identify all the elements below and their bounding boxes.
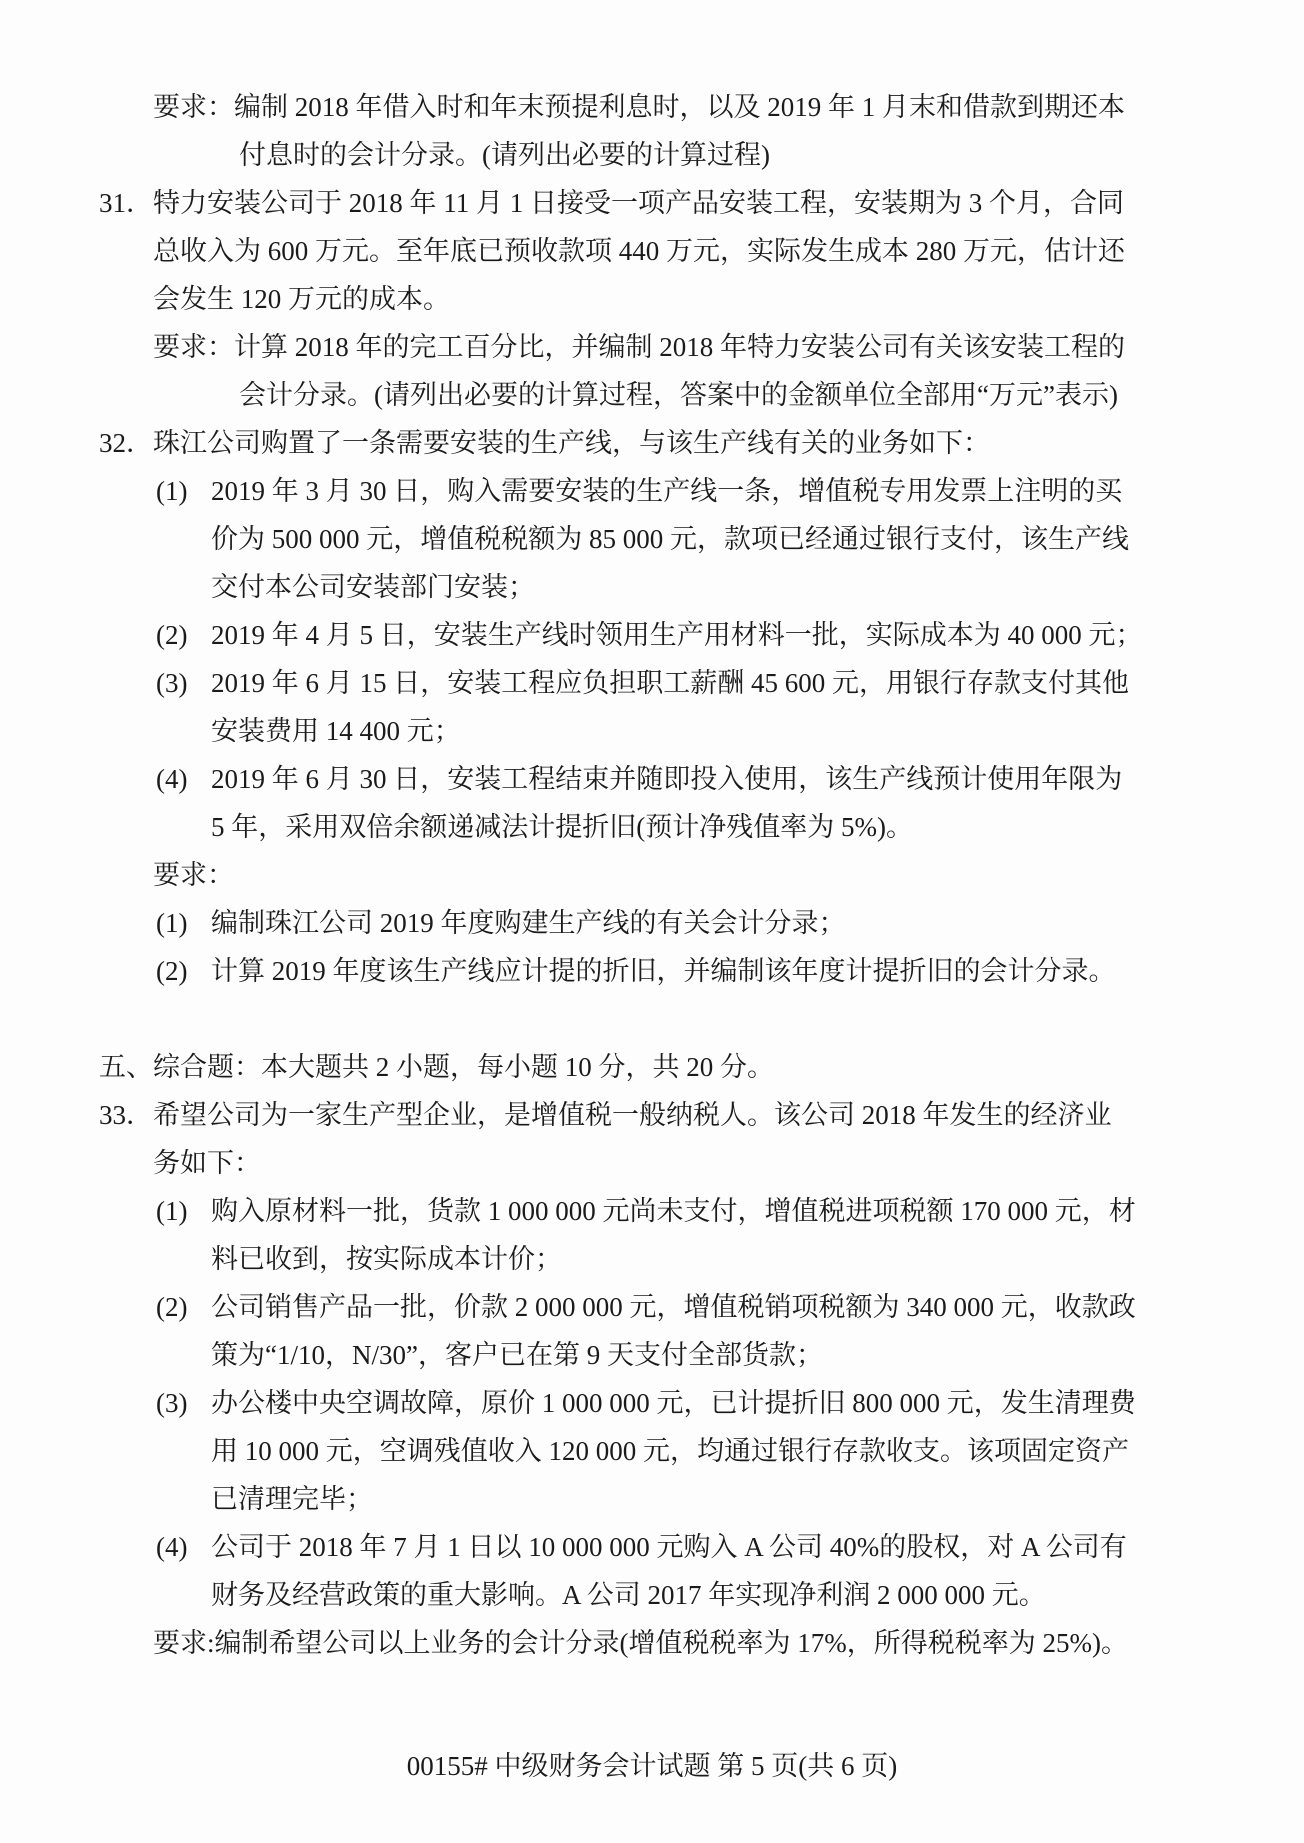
document-line: 要求:编制希望公司以上业务的会计分录(增值税税率为 17%，所得税税率为 25%… — [153, 1626, 1128, 1660]
document-line: (4)公司于 2018 年 7 月 1 日以 10 000 000 元购入 A … — [156, 1530, 1127, 1564]
document-line: (2)计算 2019 年度该生产线应计提的折旧，并编制该年度计提折旧的会计分录。 — [156, 954, 1116, 988]
line-text: 2019 年 6 月 30 日，安装工程结束并随即投入使用，该生产线预计使用年限… — [211, 764, 1122, 794]
line-text: 综合题：本大题共 2 小题，每小题 10 分，共 20 分。 — [153, 1052, 774, 1082]
document-line: (3)2019 年 6 月 15 日，安装工程应负担职工薪酬 45 600 元，… — [156, 666, 1129, 700]
line-text: 5 年，采用双倍余额递减法计提折旧(预计净残值率为 5%)。 — [211, 812, 913, 842]
item-number: 五、 — [99, 1050, 153, 1084]
line-text: 已清理完毕； — [211, 1484, 373, 1514]
line-text: 付息时的会计分录。(请列出必要的计算过程) — [239, 140, 770, 170]
document-line: 策为“1/10，N/30”，客户已在第 9 天支付全部货款； — [211, 1338, 823, 1372]
sub-item-number: (4) — [156, 1530, 211, 1564]
document-line: (3)办公楼中央空调故障，原价 1 000 000 元，已计提折旧 800 00… — [156, 1386, 1136, 1420]
document-line: (1)购入原材料一批，货款 1 000 000 元尚未支付，增值税进项税额 17… — [156, 1194, 1136, 1228]
document-line: (4)2019 年 6 月 30 日，安装工程结束并随即投入使用，该生产线预计使… — [156, 762, 1122, 796]
document-line: 33．希望公司为一家生产型企业，是增值税一般纳税人。该公司 2018 年发生的经… — [99, 1098, 1112, 1132]
line-text: 财务及经营政策的重大影响。A 公司 2017 年实现净利润 2 000 000 … — [211, 1580, 1046, 1610]
page-footer: 00155# 中级财务会计试题 第 5 页(共 6 页) — [0, 1749, 1304, 1783]
document-line: 要求： — [153, 858, 234, 892]
sub-item-number: (3) — [156, 1386, 211, 1420]
sub-item-number: (4) — [156, 762, 211, 796]
document-line: 32．珠江公司购置了一条需要安装的生产线，与该生产线有关的业务如下： — [99, 426, 990, 460]
document-line: 价为 500 000 元，增值税税额为 85 000 元，款项已经通过银行支付，… — [211, 522, 1129, 556]
line-text: 总收入为 600 万元。至年底已预收款项 440 万元，实际发生成本 280 万… — [153, 236, 1125, 266]
sub-item-number: (1) — [156, 906, 211, 940]
document-line: 总收入为 600 万元。至年底已预收款项 440 万元，实际发生成本 280 万… — [153, 234, 1125, 268]
line-text: 计算 2019 年度该生产线应计提的折旧，并编制该年度计提折旧的会计分录。 — [211, 956, 1116, 986]
line-text: 会计分录。(请列出必要的计算过程，答案中的金额单位全部用“万元”表示) — [239, 380, 1118, 410]
sub-item-number: (2) — [156, 954, 211, 988]
document-line: 要求：计算 2018 年的完工百分比，并编制 2018 年特力安装公司有关该安装… — [153, 330, 1125, 364]
line-text: 办公楼中央空调故障，原价 1 000 000 元，已计提折旧 800 000 元… — [211, 1388, 1136, 1418]
document-line: 31．特力安装公司于 2018 年 11 月 1 日接受一项产品安装工程，安装期… — [99, 186, 1124, 220]
line-text: 公司销售产品一批，价款 2 000 000 元，增值税销项税额为 340 000… — [211, 1292, 1136, 1322]
document-line: (1)2019 年 3 月 30 日，购入需要安装的生产线一条，增值税专用发票上… — [156, 474, 1122, 508]
line-text: 希望公司为一家生产型企业，是增值税一般纳税人。该公司 2018 年发生的经济业 — [153, 1100, 1112, 1130]
line-text: 料已收到，按实际成本计价； — [211, 1244, 562, 1274]
line-text: 用 10 000 元，空调残值收入 120 000 元，均通过银行存款收支。该项… — [211, 1436, 1129, 1466]
line-text: 安装费用 14 400 元； — [211, 716, 461, 746]
line-text: 要求：编制 2018 年借入时和年末预提利息时，以及 2019 年 1 月末和借… — [153, 92, 1125, 122]
document-line: (2)2019 年 4 月 5 日，安装生产线时领用生产用材料一批，实际成本为 … — [156, 618, 1143, 652]
line-text: 要求：计算 2018 年的完工百分比，并编制 2018 年特力安装公司有关该安装… — [153, 332, 1125, 362]
exam-page: 要求：编制 2018 年借入时和年末预提利息时，以及 2019 年 1 月末和借… — [0, 0, 1304, 1843]
document-line: 务如下： — [153, 1146, 261, 1180]
item-number: 31． — [99, 186, 153, 220]
line-text: 务如下： — [153, 1148, 261, 1178]
line-text: 要求:编制希望公司以上业务的会计分录(增值税税率为 17%，所得税税率为 25%… — [153, 1628, 1128, 1658]
line-text: 编制珠江公司 2019 年度购建生产线的有关会计分录； — [211, 908, 846, 938]
line-text: 2019 年 6 月 15 日，安装工程应负担职工薪酬 45 600 元，用银行… — [211, 668, 1129, 698]
sub-item-number: (2) — [156, 618, 211, 652]
line-text: 特力安装公司于 2018 年 11 月 1 日接受一项产品安装工程，安装期为 3… — [153, 188, 1124, 218]
document-line: 料已收到，按实际成本计价； — [211, 1242, 562, 1276]
document-line: 会发生 120 万元的成本。 — [153, 282, 450, 316]
line-text: 购入原材料一批，货款 1 000 000 元尚未支付，增值税进项税额 170 0… — [211, 1196, 1136, 1226]
line-text: 会发生 120 万元的成本。 — [153, 284, 450, 314]
line-text: 2019 年 3 月 30 日，购入需要安装的生产线一条，增值税专用发票上注明的… — [211, 476, 1122, 506]
line-text: 价为 500 000 元，增值税税额为 85 000 元，款项已经通过银行支付，… — [211, 524, 1129, 554]
document-line: (2)公司销售产品一批，价款 2 000 000 元，增值税销项税额为 340 … — [156, 1290, 1136, 1324]
document-line: 五、综合题：本大题共 2 小题，每小题 10 分，共 20 分。 — [99, 1050, 774, 1084]
sub-item-number: (2) — [156, 1290, 211, 1324]
line-text: 珠江公司购置了一条需要安装的生产线，与该生产线有关的业务如下： — [153, 428, 990, 458]
sub-item-number: (3) — [156, 666, 211, 700]
document-line: 付息时的会计分录。(请列出必要的计算过程) — [239, 138, 770, 172]
document-line: 5 年，采用双倍余额递减法计提折旧(预计净残值率为 5%)。 — [211, 810, 913, 844]
sub-item-number: (1) — [156, 1194, 211, 1228]
document-line: (1)编制珠江公司 2019 年度购建生产线的有关会计分录； — [156, 906, 846, 940]
item-number: 32． — [99, 426, 153, 460]
document-line: 安装费用 14 400 元； — [211, 714, 461, 748]
line-text: 2019 年 4 月 5 日，安装生产线时领用生产用材料一批，实际成本为 40 … — [211, 620, 1143, 650]
line-text: 交付本公司安装部门安装； — [211, 572, 535, 602]
document-line: 要求：编制 2018 年借入时和年末预提利息时，以及 2019 年 1 月末和借… — [153, 90, 1125, 124]
document-line: 交付本公司安装部门安装； — [211, 570, 535, 604]
sub-item-number: (1) — [156, 474, 211, 508]
line-text: 策为“1/10，N/30”，客户已在第 9 天支付全部货款； — [211, 1340, 823, 1370]
document-line: 用 10 000 元，空调残值收入 120 000 元，均通过银行存款收支。该项… — [211, 1434, 1129, 1468]
document-line: 已清理完毕； — [211, 1482, 373, 1516]
item-number: 33． — [99, 1098, 153, 1132]
document-line: 会计分录。(请列出必要的计算过程，答案中的金额单位全部用“万元”表示) — [239, 378, 1118, 412]
document-line: 财务及经营政策的重大影响。A 公司 2017 年实现净利润 2 000 000 … — [211, 1578, 1046, 1612]
line-text: 要求： — [153, 860, 234, 890]
line-text: 公司于 2018 年 7 月 1 日以 10 000 000 元购入 A 公司 … — [211, 1532, 1127, 1562]
